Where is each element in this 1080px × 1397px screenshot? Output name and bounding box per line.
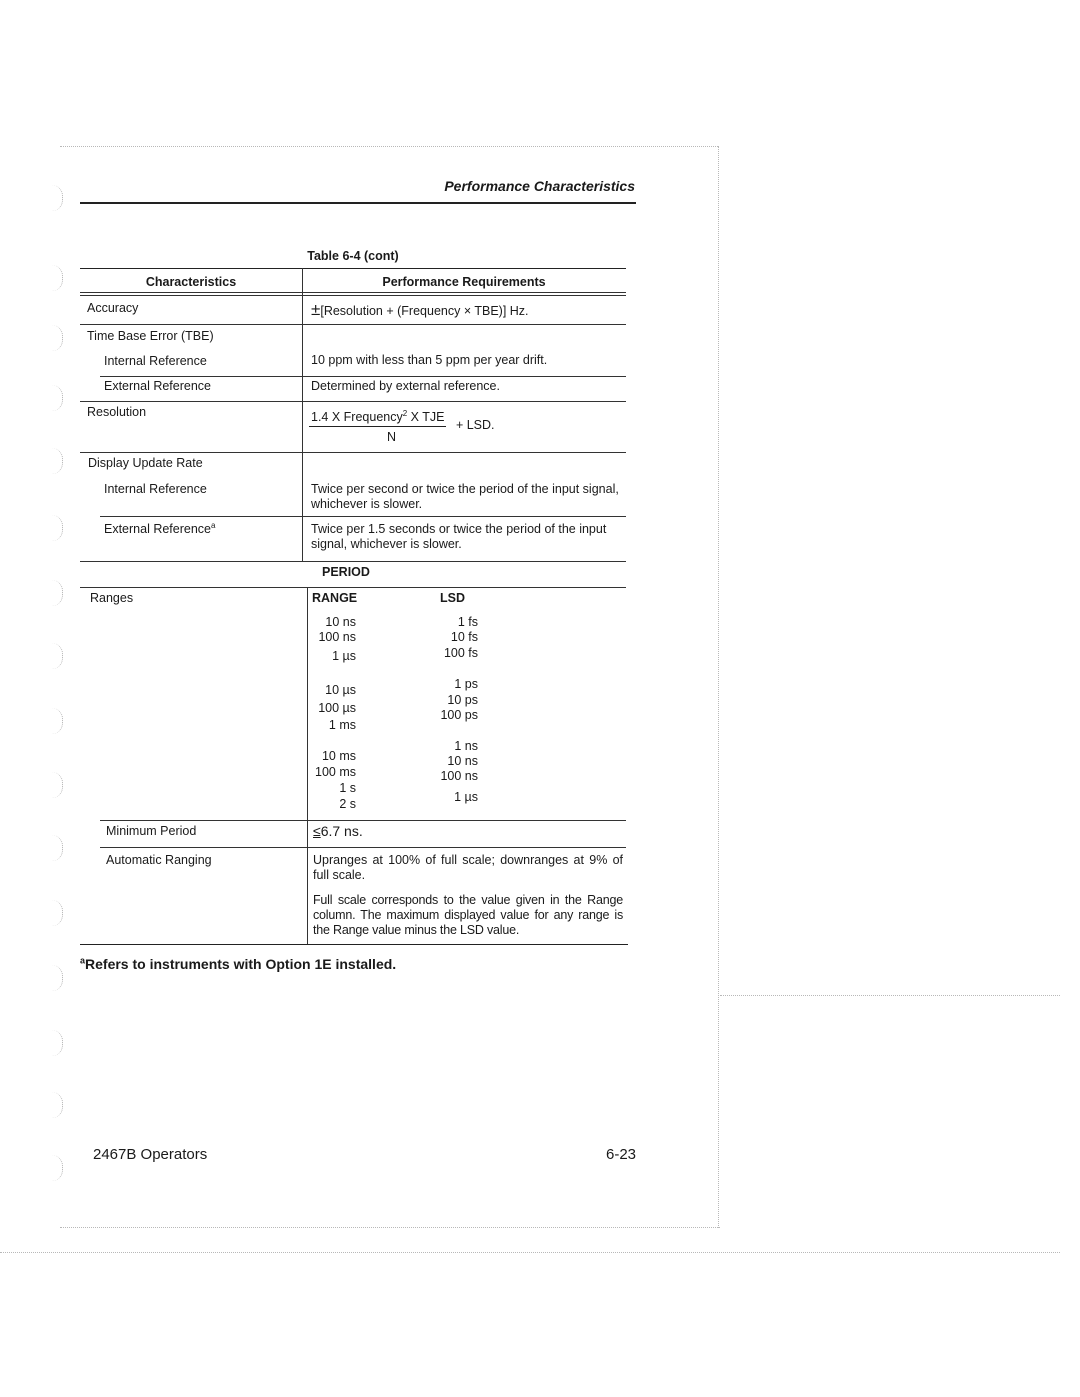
tbe-internal-value: 10 ppm with less than 5 ppm per year dri… bbox=[311, 353, 626, 368]
range-column-header: RANGE bbox=[312, 591, 357, 606]
footnote-marker: a bbox=[211, 521, 215, 530]
running-head: Performance Characteristics bbox=[380, 178, 635, 194]
lsd-value: 100 ps bbox=[430, 708, 478, 722]
row-label-tbe: Time Base Error (TBE) bbox=[87, 329, 214, 344]
row-rule bbox=[80, 561, 626, 562]
header-rule-1 bbox=[80, 292, 626, 293]
row-label-tbe-external: External Reference bbox=[104, 379, 211, 394]
lsd-value: 10 ps bbox=[430, 693, 478, 707]
less-equal-symbol: ≤ bbox=[313, 823, 321, 839]
range-value: 100 µs bbox=[296, 701, 356, 715]
range-value: 1 s bbox=[296, 781, 356, 795]
range-value: 1 ms bbox=[296, 718, 356, 732]
range-value: 10 ns bbox=[296, 615, 356, 629]
scan-border-right bbox=[718, 146, 719, 1228]
footer-page-number: 6-23 bbox=[606, 1146, 636, 1163]
row-rule bbox=[100, 820, 626, 821]
row-label-auto-ranging: Automatic Ranging bbox=[106, 853, 212, 868]
display-internal-value: Twice per second or twice the period of … bbox=[311, 482, 623, 512]
scan-border-bottom bbox=[60, 1227, 720, 1228]
row-label-ranges: Ranges bbox=[90, 591, 133, 606]
scan-artifact-line-bottom bbox=[0, 1252, 1060, 1253]
table-bottom-rule bbox=[80, 944, 628, 945]
punch-hole bbox=[52, 325, 63, 351]
row-rule bbox=[80, 587, 626, 588]
section-period: PERIOD bbox=[322, 565, 370, 580]
punch-hole bbox=[52, 580, 63, 606]
scan-border-top bbox=[60, 146, 718, 147]
table-top-rule bbox=[80, 268, 626, 269]
lsd-value: 10 ns bbox=[430, 754, 478, 768]
row-label-tbe-internal: Internal Reference bbox=[104, 354, 207, 369]
punch-hole bbox=[52, 1155, 63, 1181]
row-rule bbox=[80, 401, 626, 402]
running-head-rule bbox=[80, 202, 636, 204]
auto-ranging-value-1: Upranges at 100% of full scale; downrang… bbox=[313, 853, 623, 883]
punch-hole bbox=[52, 900, 63, 926]
punch-hole bbox=[52, 185, 63, 211]
punch-hole bbox=[52, 515, 63, 541]
lsd-value: 100 ns bbox=[430, 769, 478, 783]
header-requirements: Performance Requirements bbox=[302, 275, 626, 290]
punch-hole bbox=[52, 835, 63, 861]
lsd-value: 10 fs bbox=[430, 630, 478, 644]
header-rule-2 bbox=[80, 295, 626, 296]
punch-hole bbox=[52, 1030, 63, 1056]
punch-hole bbox=[52, 643, 63, 669]
row-rule bbox=[100, 376, 626, 377]
punch-hole bbox=[52, 965, 63, 991]
lsd-value: 1 fs bbox=[430, 615, 478, 629]
scan-artifact-line bbox=[720, 995, 1060, 996]
row-rule bbox=[80, 452, 626, 453]
table-caption: Table 6-4 (cont) bbox=[80, 249, 626, 263]
row-rule bbox=[100, 516, 626, 517]
punch-hole bbox=[52, 448, 63, 474]
row-label-display-internal: Internal Reference bbox=[104, 482, 207, 497]
lsd-value: 1 µs bbox=[430, 790, 478, 804]
display-external-value: Twice per 1.5 seconds or twice the perio… bbox=[311, 522, 623, 552]
lsd-value: 1 ps bbox=[430, 677, 478, 691]
lsd-value: 1 ns bbox=[430, 739, 478, 753]
lsd-column-header: LSD bbox=[440, 591, 465, 606]
table-footnote: aRefers to instruments with Option 1E in… bbox=[80, 956, 396, 972]
punch-hole bbox=[52, 708, 63, 734]
resolution-suffix: + LSD. bbox=[456, 418, 495, 432]
range-value: 100 ns bbox=[296, 630, 356, 644]
range-value: 1 µs bbox=[296, 649, 356, 663]
accuracy-formula: [Resolution + (Frequency × TBE)] Hz. bbox=[320, 304, 528, 318]
minimum-period-value: ≤6.7 ns. bbox=[313, 824, 363, 839]
auto-ranging-value-2: Full scale corresponds to the value give… bbox=[313, 893, 623, 938]
row-label-minimum-period: Minimum Period bbox=[106, 824, 196, 839]
tbe-external-value: Determined by external reference. bbox=[311, 379, 626, 394]
range-value: 100 ms bbox=[296, 765, 356, 779]
row-label-resolution: Resolution bbox=[87, 405, 146, 420]
header-characteristics: Characteristics bbox=[80, 275, 302, 290]
range-value: 10 µs bbox=[296, 683, 356, 697]
row-rule bbox=[80, 324, 626, 325]
range-value: 2 s bbox=[296, 797, 356, 811]
punch-hole bbox=[52, 772, 63, 798]
accuracy-value: ±[Resolution + (Frequency × TBE)] Hz. bbox=[311, 303, 626, 319]
range-value: 10 ms bbox=[296, 749, 356, 763]
resolution-formula: 1.4 X Frequency2 X TJE + LSD. N bbox=[309, 410, 629, 450]
row-label-display-external: External Referencea bbox=[104, 522, 215, 537]
punch-hole bbox=[52, 265, 63, 291]
lsd-value: 100 fs bbox=[430, 646, 478, 660]
footer-manual-title: 2467B Operators bbox=[93, 1146, 207, 1163]
plus-minus-symbol: ± bbox=[311, 300, 320, 319]
resolution-denominator: N bbox=[387, 430, 396, 445]
row-rule bbox=[100, 847, 626, 848]
punch-hole bbox=[52, 385, 63, 411]
punch-hole bbox=[52, 1092, 63, 1118]
row-label-accuracy: Accuracy bbox=[87, 301, 138, 316]
column-divider bbox=[302, 268, 303, 561]
resolution-numerator: 1.4 X Frequency2 X TJE bbox=[309, 410, 446, 427]
row-label-display-update: Display Update Rate bbox=[88, 456, 203, 471]
